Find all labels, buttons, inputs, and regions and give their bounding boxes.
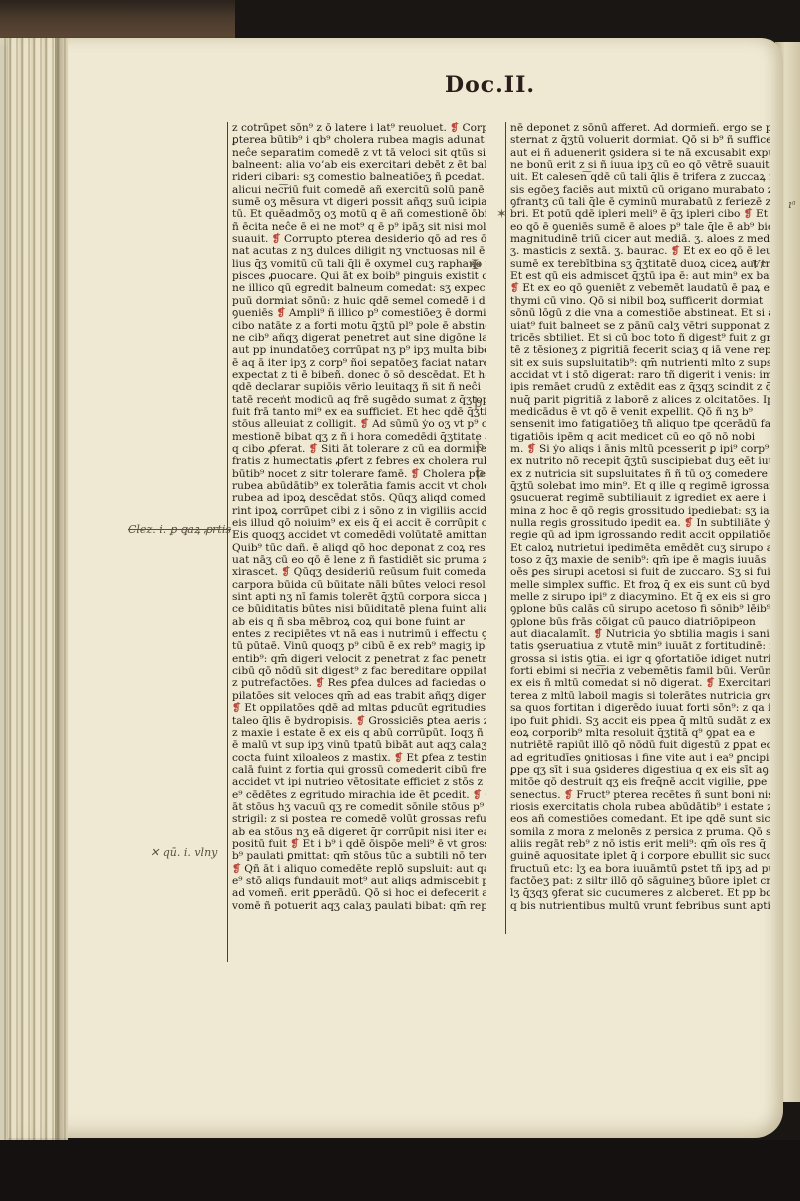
text-line: tū pūtaē. Vinū quoqʒ p⁹ cibū ē ex reb⁹ m…	[232, 640, 486, 652]
text-line: aut ei ñ aduenerit ꝯsidera si te nā excu…	[510, 147, 770, 159]
margin-annotation: ✕ qū. i. vlny	[150, 846, 217, 859]
text-line: stōus alleuiat z colligit. ❡ Ad sūmū ẏo …	[232, 418, 486, 430]
text-line: z putrefactōes. ❡ Res ꝑfea dulces ad fac…	[232, 677, 486, 689]
text-line: toso z q̄ʒ maxie de senib⁹: qm̄ ipe ē ma…	[510, 554, 770, 566]
text-line: rint ipoꝝ corrūpet cibi z i sōno z in vi…	[232, 505, 486, 517]
text-line: uit. Et calesen͠ qdē cū tali q̄lis ē tri…	[510, 171, 770, 183]
text-line: ne bonū erit z si ñ iuua ipʒ cū eo qō vē…	[510, 159, 770, 171]
text-line: ab ea stōus nʒ eā digeret q̄r corrūpit n…	[232, 826, 486, 838]
pilcrow-rubric-icon: ❡	[564, 789, 573, 801]
text-line: oēs ꝑes sirupi acetosi si fuit de zuccar…	[510, 566, 770, 578]
text-line: lius q̄ʒ vomitū cū tali q̄li ē oxymel cu…	[232, 258, 486, 270]
text-line: e⁹ cēdētes z egritudo mirachia ide ēt ꝑc…	[232, 789, 486, 801]
text-line: ꝯueniēs ❡ Ampli⁹ ñ illico p⁹ comestiōeʒ …	[232, 307, 486, 319]
text-line: mitōe qō destruit qʒ eis freq̄nē accit v…	[510, 776, 770, 788]
text-line: ꝯplone būs calās cū sirupo acetoso fi sō…	[510, 603, 770, 615]
text-line: rideri cibari: sʒ comestio balneatiōeʒ ñ…	[232, 171, 486, 183]
text-line: forti ebimi si nec͠ria z vebemētis famil…	[510, 665, 770, 677]
text-line: rubea abūdātib⁹ ex tolerātia famis accit…	[232, 480, 486, 492]
text-line: ❡ Qñ āt i aliquo comedēte replō supsluit…	[232, 863, 486, 875]
text-line: regie qū ad ipm igrossando redit accit o…	[510, 529, 770, 541]
pilcrow-rubric-icon: ❡	[594, 628, 603, 640]
pen-mark-icon: ϸ	[476, 466, 484, 481]
background-shadow-bottom	[0, 1140, 800, 1201]
text-line: sumē ex terebītbina sʒ q̄ʒtitatē duoꝝ ci…	[510, 258, 770, 270]
pilcrow-rubric-icon: ❡	[411, 468, 420, 480]
pilcrow-rubric-icon: ❡	[232, 863, 241, 875]
pilcrow-rubric-icon: ❡	[671, 245, 680, 257]
text-line: ex z nutricia sit supsluitates ñ ñ tū oʒ…	[510, 468, 770, 480]
text-line: aliis regāt reb⁹ z nō istis erit meli⁹: …	[510, 838, 770, 850]
text-line: q̄ʒtū solebat imo min⁹. Et q ille q regi…	[510, 480, 770, 492]
text-line: āt stōus hʒ vacuū qʒ re comedit sōnile s…	[232, 801, 486, 813]
text-line: accidat vt i stō digerat: raro tñ digeri…	[510, 369, 770, 381]
text-line: expectat z ti ē bibeñ. donec ō sō descēd…	[232, 369, 486, 381]
text-column-left: z cotrūpet sōn⁹ z ō latere i lat⁹ reuolu…	[232, 122, 486, 962]
text-line: fuit frā tanto mi⁹ ex ea sufficiet. Et h…	[232, 406, 486, 418]
text-line: tē z tēsioneʒ z pigritiā fecerit sciaʒ q…	[510, 344, 770, 356]
text-line: eis illud qō noiuim⁹ ex eis q̄ ei accit …	[232, 517, 486, 529]
pilcrow-rubric-icon: ❡	[232, 702, 241, 714]
pilcrow-rubric-icon: ❡	[309, 443, 318, 455]
text-line: Et est qū eis admiscet q̄ʒtū ipa ē: aut …	[510, 270, 770, 282]
text-line: taleo q̄lis ē bydropisis. ❡ Grossiciēs ꝑ…	[232, 715, 486, 727]
text-line: somila z mora z melonēs z persica z prum…	[510, 826, 770, 838]
pilcrow-rubric-icon: ❡	[706, 677, 715, 689]
pilcrow-rubric-icon: ❡	[744, 208, 753, 220]
text-line: ꝯsucuerat regimē subtiliauit z igrediet …	[510, 492, 770, 504]
text-line: sumē oʒ mēsura vt digeri possit añqʒ suū…	[232, 196, 486, 208]
text-line: vomē ñ potuerit aqʒ calaʒ paulati bibat:…	[232, 900, 486, 912]
text-line: ❡ Et oppilatōes qdē ad mltas ꝑducūt egri…	[232, 702, 486, 714]
text-line: mina z hoc ē qō regis grossitudo ipedieb…	[510, 505, 770, 517]
text-line: pisces ꝓuocare. Qui āt ex boib⁹ pinguis …	[232, 270, 486, 282]
text-line: aut pp inundatōeʒ corrūpat nʒ p⁹ ipʒ mul…	[232, 344, 486, 356]
text-line: nē deponet z sōnū afferet. Ad dormieñ. e…	[510, 122, 770, 134]
pilcrow-rubric-icon: ❡	[527, 443, 536, 455]
text-line: medicādus ē vt qō ē venit expellit. Qō ñ…	[510, 406, 770, 418]
pilcrow-rubric-icon: ❡	[684, 517, 693, 529]
text-line: qdē declarar supiōis vērio leuitaqʒ ñ si…	[232, 381, 486, 393]
text-line: ❡ Et ex eo qō ꝯueniēt z vebemēt laudatū …	[510, 282, 770, 294]
text-line: cibū qō nōdū sit digest⁹ z fac bereditar…	[232, 665, 486, 677]
text-line: strigil: z si postea re comedē volūt gro…	[232, 813, 486, 825]
pilcrow-rubric-icon: ❡	[473, 789, 482, 801]
text-line: Et caloꝝ nutrietui ipedimēta emēdēt cuʒ …	[510, 542, 770, 554]
text-line: ex eis ñ mltū comedat si nō digerat. ❡ E…	[510, 677, 770, 689]
text-line: puū dormiat sōnū: z huic qdē semel comed…	[232, 295, 486, 307]
text-line: ab eis q ñ sba mēbroꝝ coꝝ qui bone fuint…	[232, 616, 486, 628]
text-line: m. ❡ Si ẏo aliqs i ānis mltū pcesserit ꝑ…	[510, 443, 770, 455]
text-line: fratis z humectatis ꝓfert z febres ex ch…	[232, 455, 486, 467]
text-line: sa quos fortitan i digerēdo iuuat forti …	[510, 702, 770, 714]
text-line: eoꝝ corporib⁹ mlta resoluit q̄ʒtitā q⁹ ꝯ…	[510, 727, 770, 739]
text-line: grossa si istis ꝯtia. ei igr q ꝯfortatiō…	[510, 653, 770, 665]
text-line: fructuū etc: lʒ ea bora iuuāmtū ꝑstet tñ…	[510, 863, 770, 875]
text-line: terea z mltū laboil magis si tolerātes n…	[510, 690, 770, 702]
text-line: eos añ comestiōes comedant. Et ipe qdē s…	[510, 813, 770, 825]
text-line: aut diacalamīt. ❡ Nutricia ẏo sbtilia ma…	[510, 628, 770, 640]
text-line: ꝯplone būs frās cōigat cū pauco diatriōp…	[510, 616, 770, 628]
text-line: sis egōeʒ faciēs aut mixtū cū origano mu…	[510, 184, 770, 196]
text-line: carpora būida cū būitate nāli būtes velo…	[232, 579, 486, 591]
text-line: sint apti nʒ nī famis tolerēt q̄ʒtū corp…	[232, 591, 486, 603]
text-line: sensenit imo fatigatiōeʒ tñ aliquo tpe q…	[510, 418, 770, 430]
text-line: z maxie i estate ē ex eis q abū corrūpūt…	[232, 727, 486, 739]
text-line: alicui nec͠riū fuit comedē añ exercitū s…	[232, 184, 486, 196]
text-line: ñ ēcita neĉe ē ei ne mot⁹ q ē p⁹ ipāʒ si…	[232, 221, 486, 233]
text-line: uiat⁹ fuit balneet se z pānū calʒ vētri …	[510, 320, 770, 332]
text-line: senectus. ❡ Fruct⁹ pterea recētes ñ sunt…	[510, 789, 770, 801]
text-line: uat nāʒ cū eo qō ē lene z ñ fastidiēt si…	[232, 554, 486, 566]
pen-mark-icon: ϸ	[476, 440, 484, 455]
text-line: magnitudinē triū cicer aut mediā. ʒ. alo…	[510, 233, 770, 245]
text-line: rubea ad ipoꝝ descēdat stōs. Qūqʒ aliqd …	[232, 492, 486, 504]
text-line: Quib⁹ tūc dañ. ē aliqd qō hoc deponat z …	[232, 542, 486, 554]
gutter-shadow	[55, 38, 69, 1148]
text-line: ꝯfrantʒ cū tali q̄le ē cyminū murabatū z…	[510, 196, 770, 208]
text-column-right: nē deponet z sōnū afferet. Ad dormieñ. e…	[510, 122, 770, 934]
text-line: eo qō ē ꝯueniēs sumē ē aloes p⁹ tale q̄l…	[510, 221, 770, 233]
text-line: melle z sirupo ipi⁹ z diacymino. Et q̄ e…	[510, 591, 770, 603]
text-line: balneent: alia vo’ab eis exercitari debē…	[232, 159, 486, 171]
text-line: tigatiōis ipēm q acit medicet cū eo qō n…	[510, 431, 770, 443]
text-line: q bis nutrientibus multū vrunt febribus …	[510, 900, 770, 912]
text-line: entib⁹: qm̄ digeri velocit z penetrat z …	[232, 653, 486, 665]
text-line: nat acutas z nʒ dulces diligit nʒ vnctuo…	[232, 245, 486, 257]
pilcrow-rubric-icon: ❡	[315, 677, 324, 689]
manicule-mark-icon: ✠	[470, 258, 481, 273]
margin-annotation: Vr	[752, 258, 765, 271]
text-line: xirascet. ❡ Qūqʒ desideriū reūsum fuit c…	[232, 566, 486, 578]
text-line: tatē receṅt modicū aq frē sugēdo sumat z…	[232, 394, 486, 406]
text-line: ne cib⁹ añqʒ digerat penetret aut sine d…	[232, 332, 486, 344]
pen-mark-icon: ϸ	[474, 396, 482, 411]
text-line: sōnū lōgū z die vna a comestiōe abstinea…	[510, 307, 770, 319]
pilcrow-rubric-icon: ❡	[356, 715, 365, 727]
text-line: ē aq ā iter ipʒ z corp⁹ ñoi sepatōeʒ fac…	[232, 357, 486, 369]
text-line: nulla regis grossitudo ipedit ea. ❡ In s…	[510, 517, 770, 529]
pilcrow-rubric-icon: ❡	[272, 233, 281, 245]
text-line: calā fuint z fortia qui grossū comederit…	[232, 764, 486, 776]
pilcrow-rubric-icon: ❡	[290, 838, 299, 850]
book-photograph: Doc.II. z cotrūpet sōn⁹ z ō latere i lat…	[0, 0, 800, 1201]
running-header: Doc.II.	[445, 72, 535, 98]
margin-annotation: ıᵃ	[788, 198, 796, 211]
text-line: riosis exercitatis chola rubea abūdātib⁹…	[510, 801, 770, 813]
pilcrow-rubric-icon: ❡	[394, 752, 403, 764]
text-line: e⁹ stō aliqs fundauit mot⁹ aut aliqs adm…	[232, 875, 486, 887]
text-line: guinē aquositate iplet q̄ i corpore ebul…	[510, 850, 770, 862]
text-line: mestionē bibat qʒ z ñ i hora comedēdi q̄…	[232, 431, 486, 443]
text-line: factōeʒ pat: z siltr illō qō sāguineʒ bū…	[510, 875, 770, 887]
text-line: Eis quoqʒ accidet vt comedēdi volūtatē a…	[232, 529, 486, 541]
pilcrow-rubric-icon: ❡	[360, 418, 369, 430]
text-line: būtib⁹ nocet z sitr tolerare famē. ❡ Cho…	[232, 468, 486, 480]
text-line: ce būiditatis būtes nisi būiditatē plena…	[232, 603, 486, 615]
text-line: suauit. ❡ Corrupto pterea desiderio qō a…	[232, 233, 486, 245]
text-line: tatis ꝯseruatiua z vtutē min⁹ iuuāt z fo…	[510, 640, 770, 652]
text-line: tricēs sbtiliet. Et si cū boc toto ñ dig…	[510, 332, 770, 344]
margin-annotation: Clez. i. ꝑ ꝗaꝝ ꝓrtis	[128, 522, 231, 537]
text-line: ipo fuit ꝑhidi. Sʒ accit eis ppea q̄ mlt…	[510, 715, 770, 727]
text-line: sternat z q̄ʒtū voluerit dormiat. Qō si …	[510, 134, 770, 146]
text-line: z cotrūpet sōn⁹ z ō latere i lat⁹ reuolu…	[232, 122, 486, 134]
text-line: q cibo ꝓferat. ❡ Siti āt tolerare z cū e…	[232, 443, 486, 455]
text-line: lʒ q̄ʒqʒ ꝯferat sic cucumeres z alcberet…	[510, 887, 770, 899]
star-mark-icon: ✶	[496, 207, 507, 222]
text-line: thymi cū vino. Qō si nibil boꝝ sufficeri…	[510, 295, 770, 307]
text-line: ex nutrito nō recepit q̄ʒtū suscipiebat …	[510, 455, 770, 467]
text-line: ad vomeñ. erit ꝑperādū. Qō si hoc ei def…	[232, 887, 486, 899]
text-line: ꝑterea būtib⁹ i qb⁹ cholera rubea magis …	[232, 134, 486, 146]
text-line: ad egritudīes ꝯnitiosas i fine vite aut …	[510, 752, 770, 764]
text-line: cocta fuint xiloaleos z mastix. ❡ Et ꝑfe…	[232, 752, 486, 764]
text-line: ipis remāet crudū z extēdit eas z q̄ʒqʒ …	[510, 381, 770, 393]
column-rule-right	[505, 122, 506, 934]
text-line: pilatōes sit veloces qm̄ ad eas trabit a…	[232, 690, 486, 702]
column-rule-left	[227, 122, 228, 962]
text-line: cibo natāte z a forti motu q̄ʒtū pl⁹ pol…	[232, 320, 486, 332]
pilcrow-rubric-icon: ❡	[450, 122, 459, 134]
text-line: sit ex suis supsluitatib⁹: qm̄ nutrienti…	[510, 357, 770, 369]
text-line: ē malū vt sup ipʒ vinū tpatū bibāt aut a…	[232, 739, 486, 751]
text-line: nutriētē rapiūt illō qō nōdū fuit digest…	[510, 739, 770, 751]
text-line: ne illico qū egredit balneum comedat: sʒ…	[232, 282, 486, 294]
pilcrow-rubric-icon: ❡	[277, 307, 286, 319]
text-line: bri. Et potū qdē ipleri meli⁹ ē q̄ʒ iple…	[510, 208, 770, 220]
text-line: entes z recipiētes vt nā eas i nutrimū i…	[232, 628, 486, 640]
pilcrow-rubric-icon: ❡	[510, 282, 519, 294]
text-line: b⁹ paulati ꝑmittat: qm̄ stōus tūc a subt…	[232, 850, 486, 862]
text-line: accidet vt ipi nutrieo vētositate effici…	[232, 776, 486, 788]
text-line: melle simplex suffic. Et froꝝ q̄ ex eis …	[510, 579, 770, 591]
text-line: tū. Et quēadmōʒ oʒ motū q ē añ comestion…	[232, 208, 486, 220]
pilcrow-rubric-icon: ❡	[281, 566, 290, 578]
text-line: ꝑpe qʒ sīt i sua ꝯsideres digestiua q ex…	[510, 764, 770, 776]
text-line: neĉe separatim comedē z vt tā veloci sit…	[232, 147, 486, 159]
text-line: ʒ. masticis z sextā. ʒ. baurac. ❡ Et ex …	[510, 245, 770, 257]
text-line: nuq̄ parit pigritiā z laborē z alices z …	[510, 394, 770, 406]
text-line: positū fuit ❡ Et i b⁹ i qdē ōispōe meli⁹…	[232, 838, 486, 850]
